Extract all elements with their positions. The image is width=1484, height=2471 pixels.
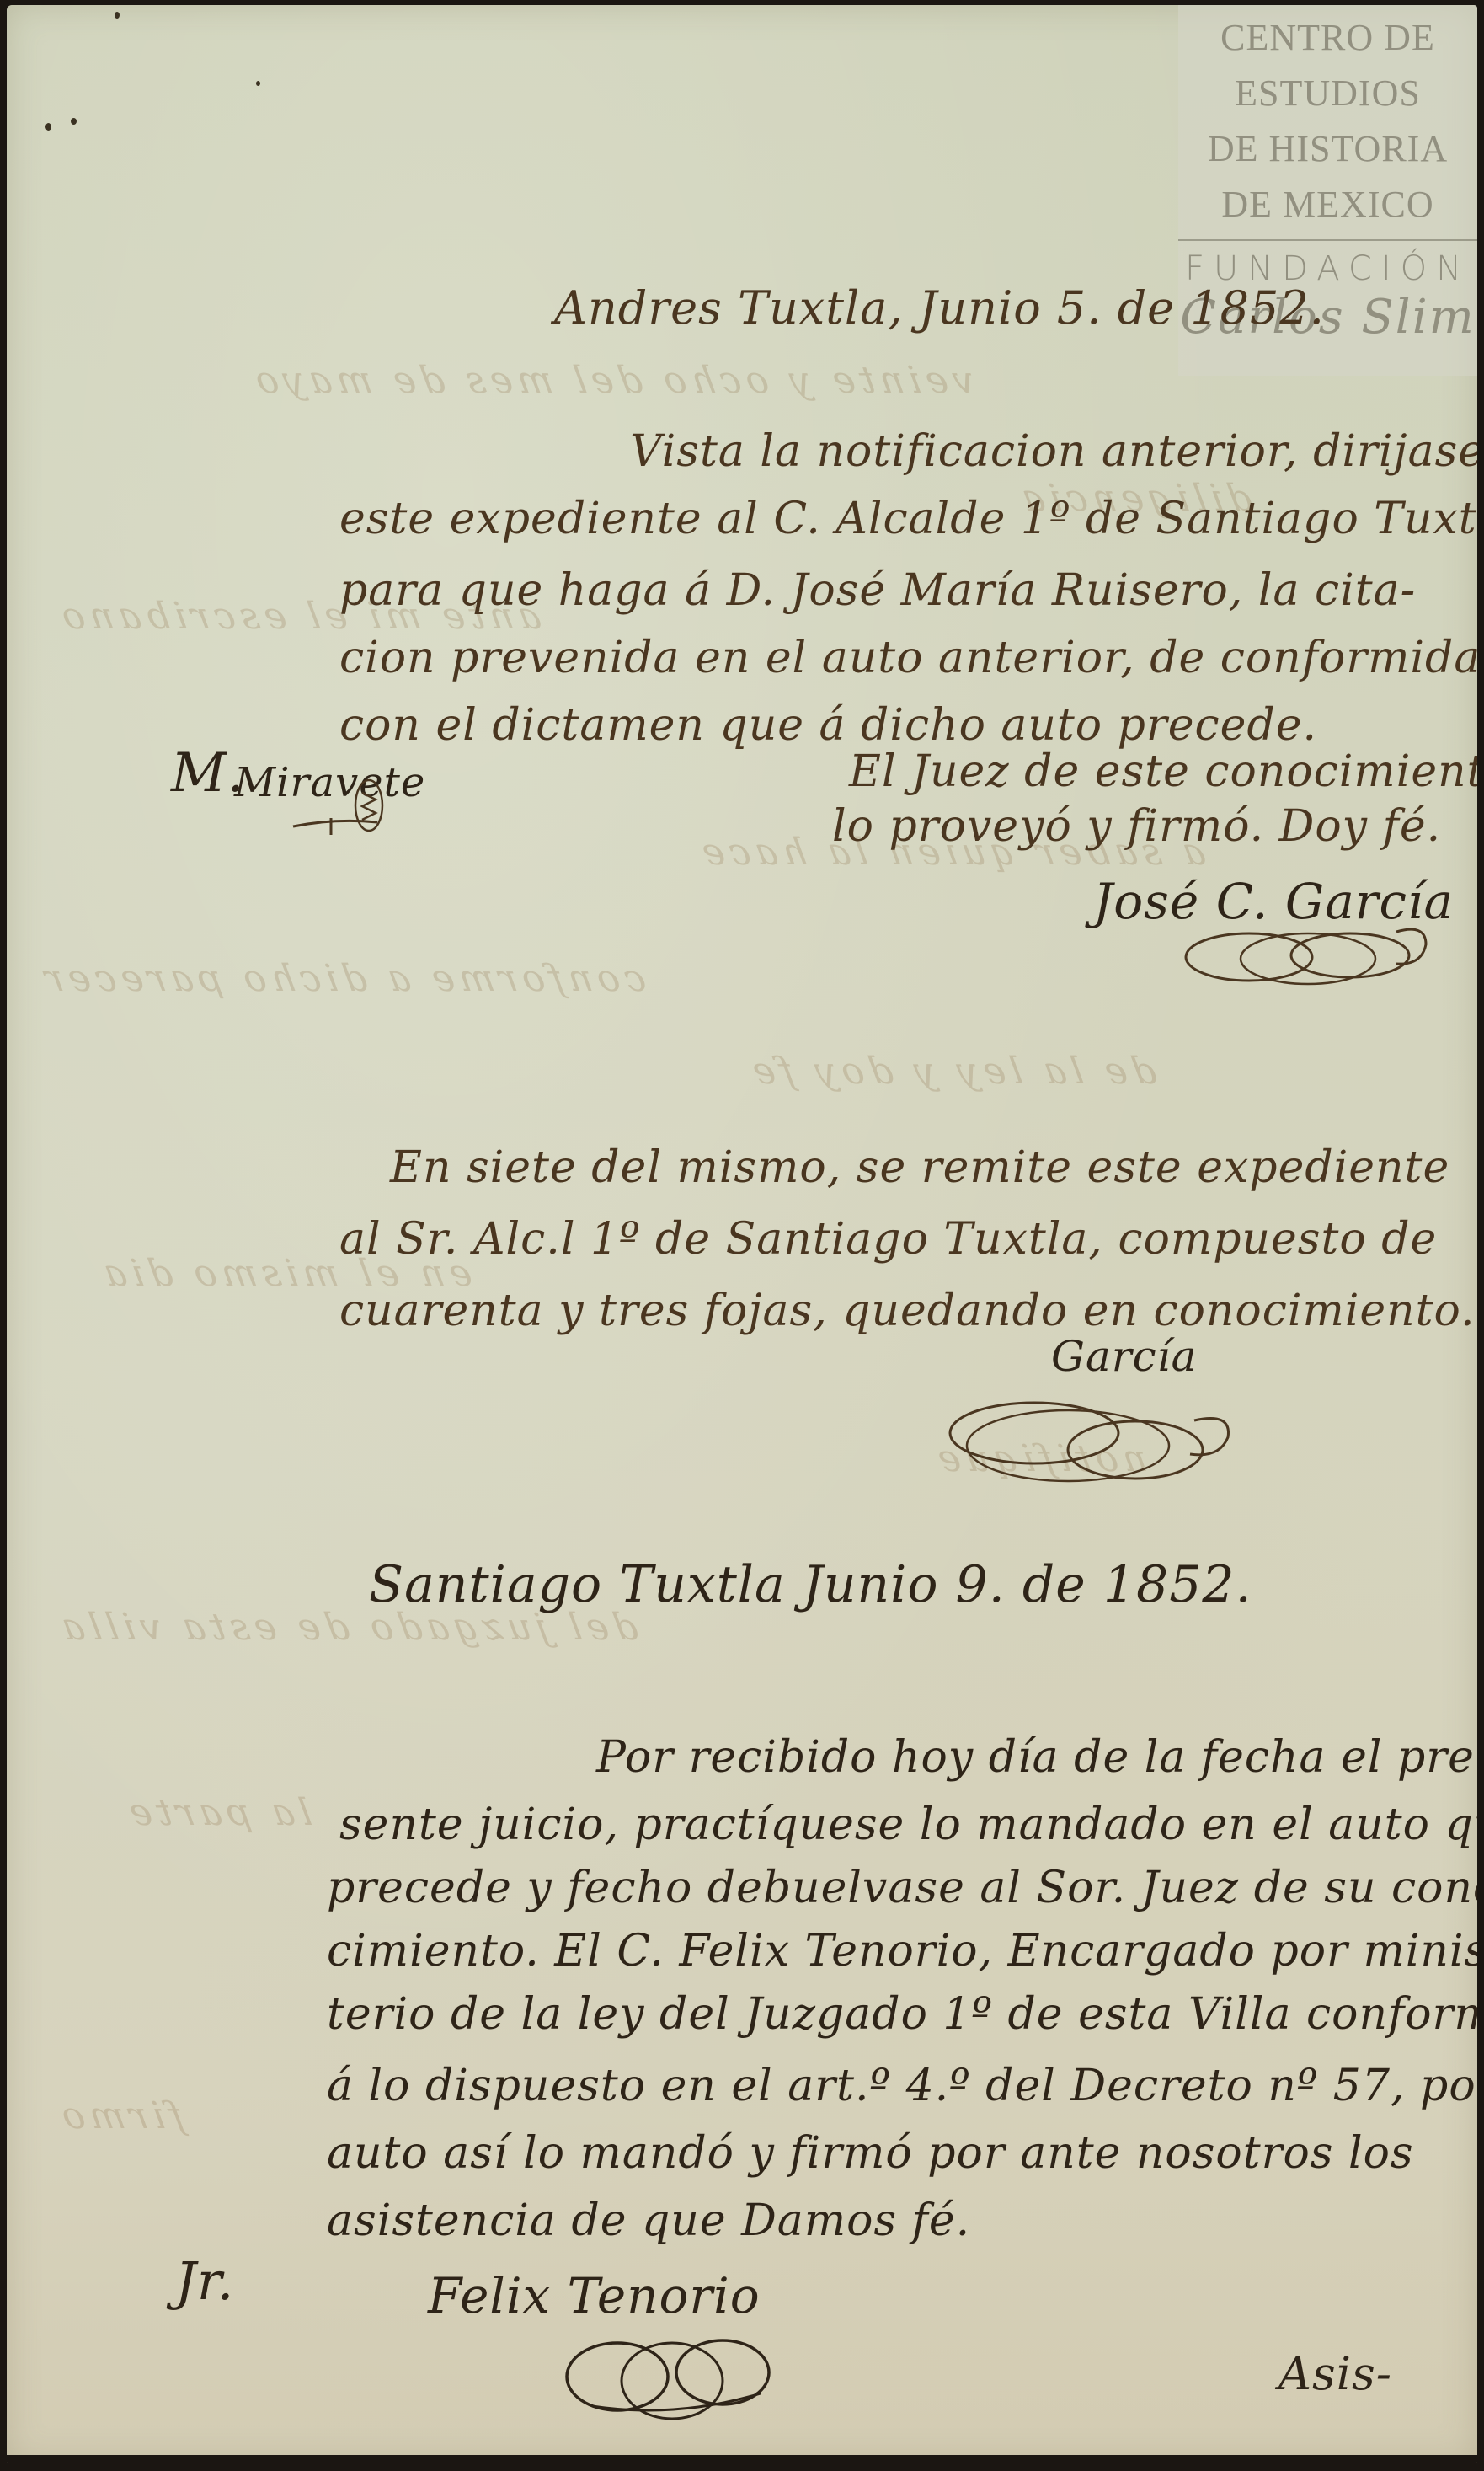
closing-line: El Juez de este conocimiento xyxy=(849,746,1477,797)
clerk-rubric-icon xyxy=(942,1387,1262,1505)
bleed-through-text: la parte xyxy=(121,1791,315,1834)
margin-mark: Jr. xyxy=(175,2250,234,2312)
body-line: cimiento. El C. Felix Tenorio, Encargado… xyxy=(327,1926,1477,1976)
judge-rubric-icon xyxy=(1182,907,1451,1008)
tenorio-rubric-icon xyxy=(558,2326,794,2436)
body-line: En siete del mismo, se remite este exped… xyxy=(390,1142,1449,1193)
body-line: cion prevenida en el auto anterior, de c… xyxy=(339,633,1477,683)
ink-speck xyxy=(45,123,51,131)
witness-rubric-icon xyxy=(285,776,394,848)
body-line: Por recibido hoy día de la fecha el pre xyxy=(596,1732,1475,1783)
manuscript-page: veinte y ocho del mes de mayo diligencia… xyxy=(7,5,1477,2463)
body-line: para que haga á D. José María Ruisero, l… xyxy=(339,565,1416,616)
body-line: este expediente al C. Alcalde 1º de Sant… xyxy=(339,494,1477,544)
ink-speck xyxy=(256,81,260,86)
bleed-through-text: veinte y ocho del mes de mayo xyxy=(248,359,978,402)
watermark-line: CENTRO DE xyxy=(1178,10,1477,66)
body-line: al Sr. Alc.l 1º de Santiago Tuxtla, comp… xyxy=(339,1214,1437,1265)
body-line: terio de la ley del Juzgado 1º de esta V… xyxy=(327,1989,1477,2040)
bleed-through-text: de la ley y doy fe xyxy=(745,1050,1160,1093)
clerk-signature: García xyxy=(1051,1332,1197,1381)
watermark-line: ESTUDIOS xyxy=(1178,66,1477,121)
bleed-through-text: firmo xyxy=(54,2094,188,2137)
body-line: con el dictamen que á dicho auto precede… xyxy=(339,700,1317,751)
ink-speck xyxy=(115,12,120,19)
body-line: asistencia de que Damos fé. xyxy=(327,2196,970,2246)
body-line: cuarenta y tres fojas, quedando en conoc… xyxy=(339,1286,1475,1336)
body-line: auto así lo mandó y firmó por ante nosot… xyxy=(327,2128,1414,2179)
body-line: Vista la notificacion anterior, dirijase xyxy=(630,426,1477,477)
bleed-through-text: conforme a dicho parecer xyxy=(37,957,649,1000)
closing-line: lo proveyó y firmó. Doy fé. xyxy=(832,801,1441,852)
watermark-divider xyxy=(1178,239,1477,241)
body-line: precede y fecho debuelvase al Sor. Juez … xyxy=(327,1863,1477,1913)
dateline-santiago-tuxtla: Santiago Tuxtla Junio 9. de 1852. xyxy=(369,1555,1252,1614)
watermark-line: DE MEXICO xyxy=(1178,177,1477,233)
tenorio-signature: Felix Tenorio xyxy=(428,2267,761,2324)
watermark-line: DE HISTORIA xyxy=(1178,121,1477,177)
closing-word: Asis- xyxy=(1278,2347,1392,2400)
ink-speck xyxy=(71,118,77,125)
body-line: á lo dispuesto en el art.º 4.º del Decre… xyxy=(327,2061,1477,2111)
body-line: sente juicio, practíquese lo mandado en … xyxy=(339,1800,1477,1850)
page-bottom-edge xyxy=(7,2455,1477,2463)
dateline-andres-tuxtla: Andres Tuxtla, Junio 5. de 1852. xyxy=(554,281,1325,334)
